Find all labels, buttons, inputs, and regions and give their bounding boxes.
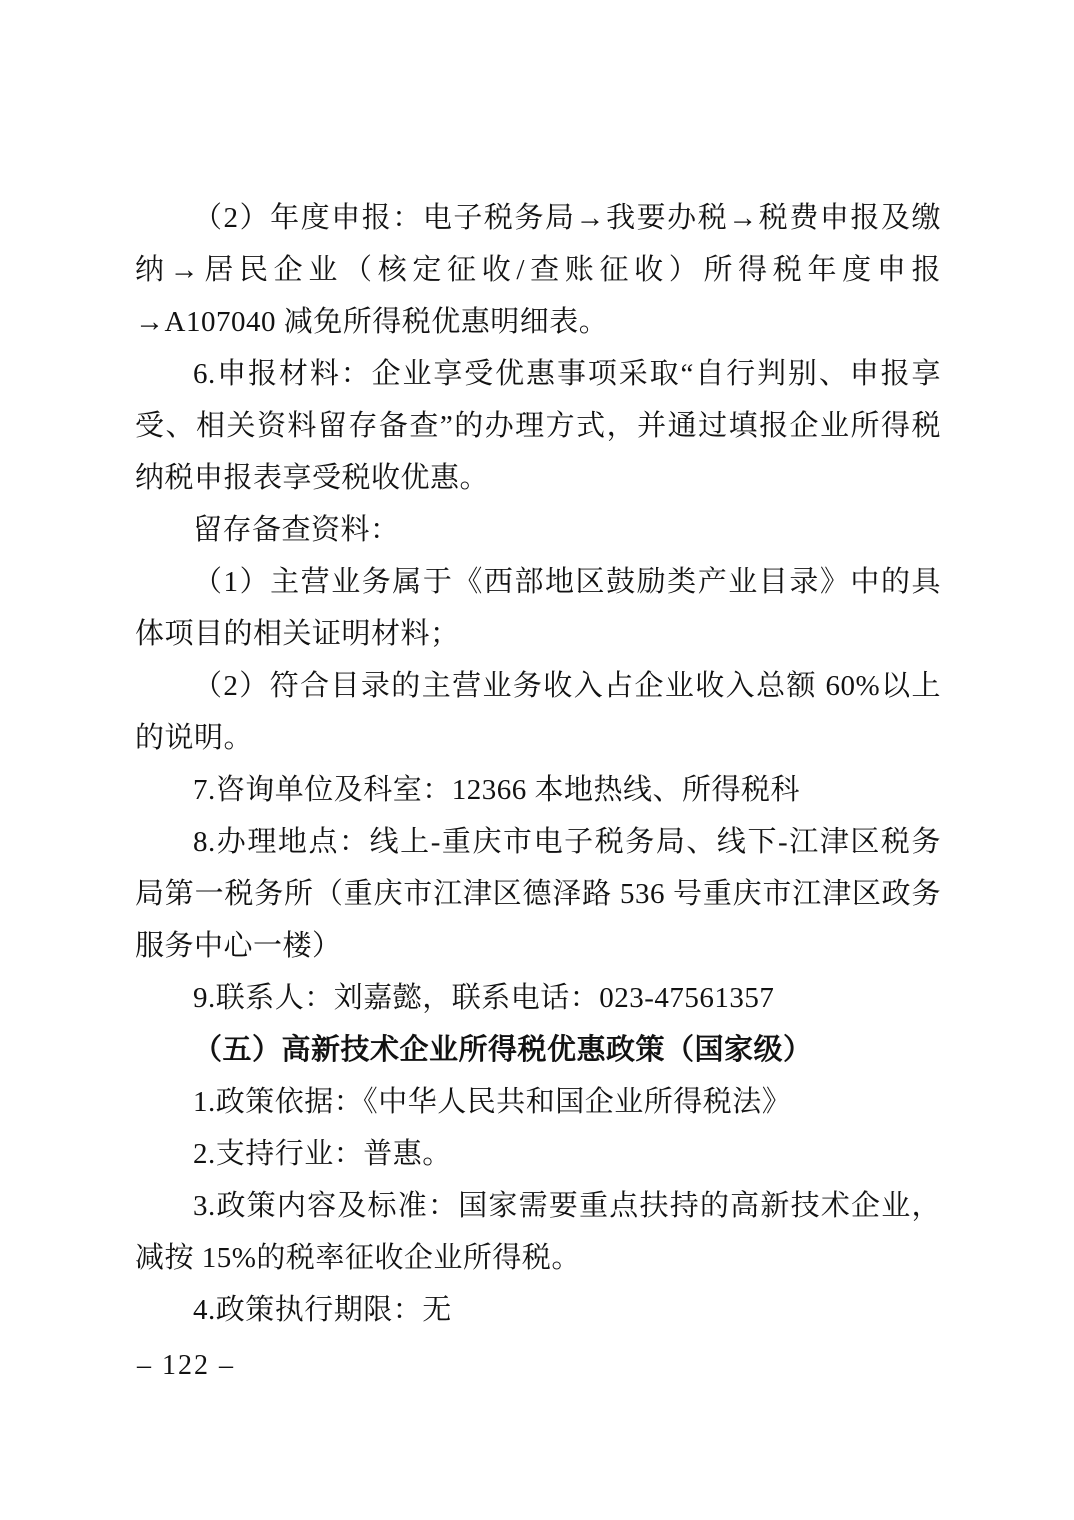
paragraph-retained-doc-item-1: （1）主营业务属于《西部地区鼓励类产业目录》中的具体项目的相关证明材料； [135, 556, 941, 660]
document-page: （2）年度申报：电子税务局→我要办税→税费申报及缴纳→居民企业（核定征收/查账征… [0, 0, 1074, 1520]
paragraph-handling-location: 8.办理地点：线上-重庆市电子税务局、线下-江津区税务局第一税务所（重庆市江津区… [135, 816, 941, 972]
paragraph-contact-info: 9.联系人：刘嘉懿，联系电话：023-47561357 [135, 972, 941, 1024]
paragraph-retained-doc-item-2: （2）符合目录的主营业务收入占企业收入总额 60%以上的说明。 [135, 660, 941, 764]
document-body: （2）年度申报：电子税务局→我要办税→税费申报及缴纳→居民企业（核定征收/查账征… [135, 192, 941, 1336]
paragraph-policy-content-standard: 3.政策内容及标准：国家需要重点扶持的高新技术企业，减按 15%的税率征收企业所… [135, 1180, 941, 1284]
paragraph-supported-industry: 2.支持行业：普惠。 [135, 1128, 941, 1180]
heading-section-five-high-tech-policy: （五）高新技术企业所得税优惠政策（国家级） [135, 1024, 941, 1076]
paragraph-policy-duration: 4.政策执行期限：无 [135, 1284, 941, 1336]
page-number: – 122 – [137, 1350, 235, 1382]
paragraph-filing-materials: 6.申报材料：企业享受优惠事项采取“自行判别、申报享受、相关资料留存备查”的办理… [135, 348, 941, 504]
paragraph-consulting-unit: 7.咨询单位及科室：12366 本地热线、所得税科 [135, 764, 941, 816]
paragraph-policy-basis: 1.政策依据：《中华人民共和国企业所得税法》 [135, 1076, 941, 1128]
paragraph-annual-declaration-path: （2）年度申报：电子税务局→我要办税→税费申报及缴纳→居民企业（核定征收/查账征… [135, 192, 941, 348]
paragraph-retained-docs-label: 留存备查资料： [135, 504, 941, 556]
